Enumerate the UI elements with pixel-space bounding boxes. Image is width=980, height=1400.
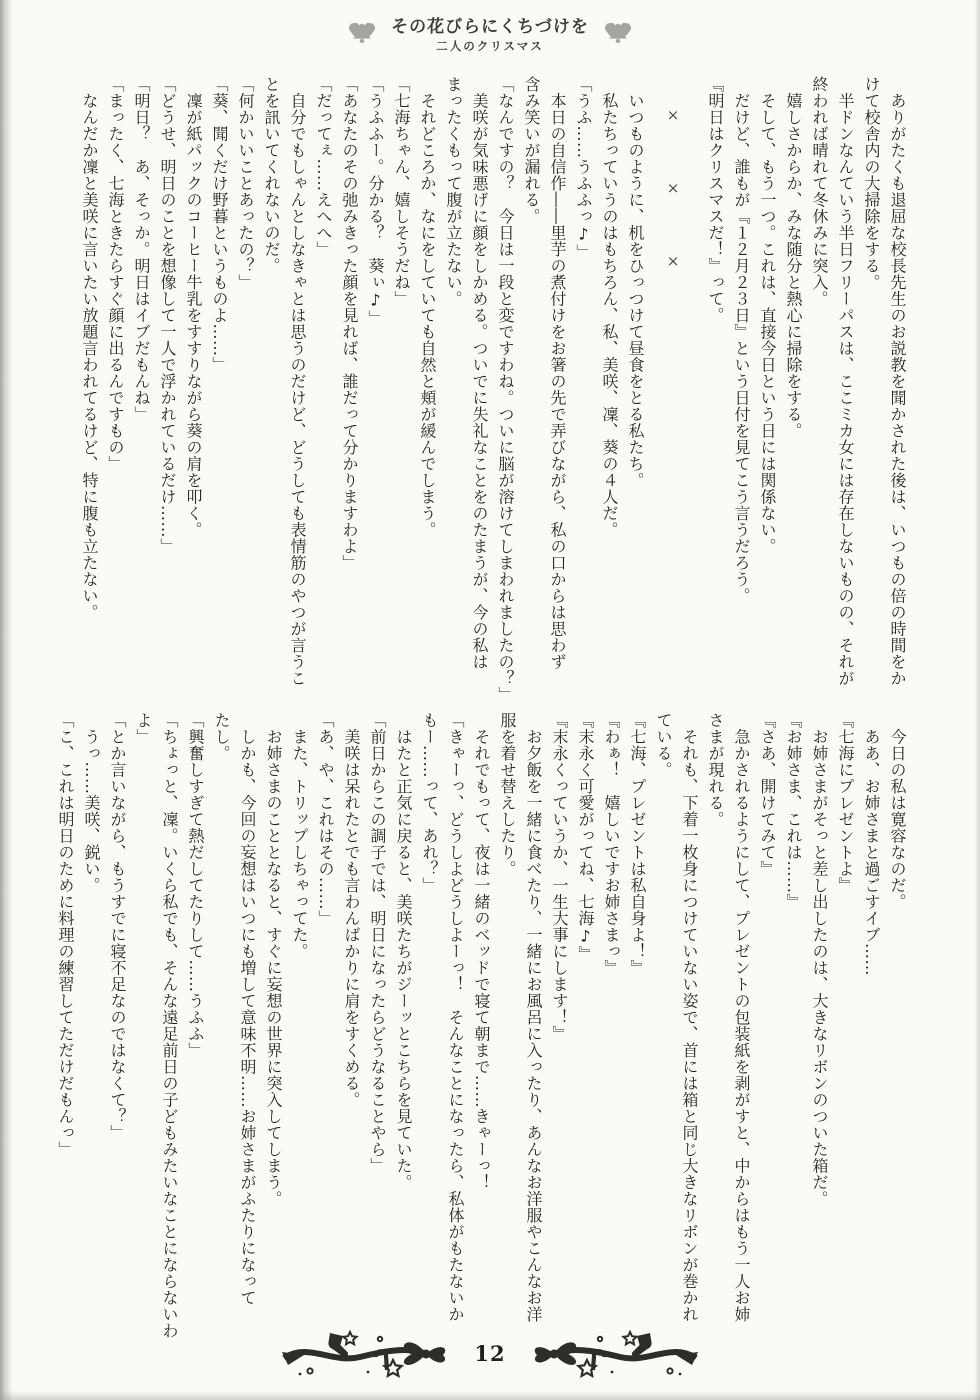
text-column: ああ、お姉さまと過ごすイブ……	[858, 712, 884, 1354]
title-block: その花びらにくちづけを 二人のクリスマス	[391, 12, 589, 54]
text-column: 『七海、プレゼントは私自身よ！』	[624, 712, 650, 1354]
text-column: お夕飯を一緒に食べたり、一緒にお風呂に入ったり、あんなお洋服やこんなお洋	[520, 712, 546, 1354]
text-column: 『末永くっていうか、一生大事にします！』	[546, 712, 572, 1354]
text-column: 嬉しさからか、みな随分と熱心に掃除をする。	[780, 76, 806, 708]
text-column: 『お姉さま、これは……』	[780, 712, 806, 1354]
text-column: それどころか、なにをしていても自然と頬が緩んでしまう。	[414, 76, 440, 708]
text-column: 「ちょっと、凜。いくら私でも、そんな遠足前日の子どもみたいなことにならないわ	[156, 712, 182, 1354]
text-column: 『末永く可愛がってね、七海♪』	[572, 712, 598, 1354]
text-column: 「うふふー。分かる？ 葵ぃ♪」	[362, 76, 388, 708]
text-column: 「だってぇ……えへへ」	[310, 76, 336, 708]
text-column: とを訊いてくれないのだ。	[258, 76, 284, 708]
text-column: 凜が紙パックのコーヒー牛乳をすすりながら葵の肩を叩く。	[180, 76, 206, 708]
text-column: 美咲が気味悪げに顔をしかめる。ついでに失礼なことをのたまうが、今の私は	[466, 76, 492, 708]
text-column: 「とか言いながら、もうすでに寝不足なのではなくて？」	[104, 712, 130, 1354]
text-column: 「葵、聞くだけ野暮というものよ……」	[206, 76, 232, 708]
text-column: 「あなたのその弛みきった顔を見れば、誰だって分かりますわよ」	[336, 76, 362, 708]
paragraphs-cleaning: ありがたくも退屈な校長先生のお説教を聞かされた後は、いつもの倍の時間をかけて校舎…	[702, 76, 910, 708]
scan-edge-right	[974, 0, 980, 1400]
text-column: まったくもって腹が立たない。	[440, 76, 466, 708]
text-column: 自分でもしゃんとしなきゃとは思うのだけど、どうしても表情筋のやつが言うこ	[284, 76, 310, 708]
text-column: けて校舎内の大掃除をする。	[858, 76, 884, 708]
text-column: さまが現れる。	[702, 712, 728, 1354]
story-section-daydream: 今日の私は寛容なのだ。 ああ、お姉さまと過ごすイブ……『七海にプレゼントよ』 お…	[52, 712, 910, 1354]
page-footer: 12	[0, 1328, 980, 1378]
text-column: また、トリップしちゃってた。	[286, 712, 312, 1354]
story-section-school: ありがたくも退屈な校長先生のお説教を聞かされた後は、いつもの倍の時間をかけて校舎…	[76, 76, 910, 708]
text-column: しかも、今回の妄想はいつにも増して意味不明……お姉さまがふたりになって	[234, 712, 260, 1354]
text-column: それでもって、夜は一緒のベッドで寝て朝まで……きゃーっ！	[468, 712, 494, 1354]
scanned-book-page: その花びらにくちづけを 二人のクリスマス ありがたくも退屈な校長先生のお説教を聞…	[0, 0, 980, 1400]
text-column: 『わぁ！ 嬉しいですお姉さまっ』	[598, 712, 624, 1354]
ribbon-garland-right-icon	[520, 1328, 700, 1378]
text-column: なんだか凜と美咲に言いたい放題言われてるけど、特に腹も立たない。	[76, 76, 102, 708]
text-column: 今日の私は寛容なのだ。	[884, 712, 910, 1354]
text-column: 私たちっていうのはもちろん、私、美咲、凜、葵の４人だ。	[596, 76, 622, 708]
scan-edge-bottom	[0, 1391, 980, 1400]
text-column: いつものように、机をひっつけて昼食をとる私たち。	[622, 76, 648, 708]
paragraphs-daydream: 今日の私は寛容なのだ。 ああ、お姉さまと過ごすイブ……『七海にプレゼントよ』 お…	[52, 712, 910, 1354]
bell-ornament-right-icon	[601, 19, 635, 47]
page-number: 12	[474, 1341, 505, 1366]
text-column: 『七海にプレゼントよ』	[832, 712, 858, 1354]
text-column: そして、もう一つ。これは、直接今日という日には関係ない。	[754, 76, 780, 708]
text-column: お姉さまのこととなると、すぐに妄想の世界に突入してしまう。	[260, 712, 286, 1354]
text-column: 「興奮しすぎて熱だしてたりして……うふふ」	[182, 712, 208, 1354]
text-column: もー……って、あれ？」	[416, 712, 442, 1354]
page-header: その花びらにくちづけを 二人のクリスマス	[0, 12, 980, 54]
text-column: ている。	[650, 712, 676, 1354]
text-column: 「うふ……うふふっ♪」	[570, 76, 596, 708]
series-title: その花びらにくちづけを	[391, 12, 589, 37]
text-column: たし。	[208, 712, 234, 1354]
text-column: 「まったく、七海ときたらすぐ顔に出るんですもの」	[102, 76, 128, 708]
text-column: 「何かいいことあったの？」	[232, 76, 258, 708]
text-column: 「きゃーっ、どうしよどうしよーっ！ そんなことになったら、私体がもたないか	[442, 712, 468, 1354]
text-column: 「なんですの？ 今日は一段と変ですわね。ついに脳が溶けてしまわれましたの？」	[492, 76, 518, 708]
text-column: よ」	[130, 712, 156, 1354]
text-column: 「前日からこの調子では、明日になったらどうなることやら」	[364, 712, 390, 1354]
text-column: うっ……美咲、鋭い。	[78, 712, 104, 1354]
text-column: お姉さまがそっと差し出したのは、大きなリボンのついた箱だ。	[806, 712, 832, 1354]
scene-divider: × × ×	[660, 76, 686, 708]
text-column: 『明日はクリスマスだ！』って。	[702, 76, 728, 708]
text-column: 「こ、これは明日のために料理の練習してただけだもんっ」	[52, 712, 78, 1354]
text-column: 「明日？ あ、そっか。明日はイブだもんね」	[128, 76, 154, 708]
text-column: ありがたくも退屈な校長先生のお説教を聞かされた後は、いつもの倍の時間をか	[884, 76, 910, 708]
text-column: 半ドンなんていう半日フリーパスは、ここミカ女には存在しないものの、それが	[832, 76, 858, 708]
text-column: はたと正気に戻ると、美咲たちがジーッとこちらを見ていた。	[390, 712, 416, 1354]
paragraphs-lunch: いつものように、机をひっつけて昼食をとる私たち。 私たちっていうのはもちろん、私…	[76, 76, 648, 708]
text-column: 美咲は呆れたとでも言わんばかりに肩をすくめる。	[338, 712, 364, 1354]
bell-ornament-left-icon	[345, 19, 379, 47]
text-column: 「どうせ、明日のことを想像して一人で浮かれているだけ……」	[154, 76, 180, 708]
episode-subtitle: 二人のクリスマス	[391, 38, 589, 54]
scan-edge-left	[0, 0, 13, 1400]
text-column: 「七海ちゃん、嬉しそうだね」	[388, 76, 414, 708]
text-column: 服を着せ替えしたり。	[494, 712, 520, 1354]
ribbon-garland-left-icon	[280, 1328, 460, 1378]
text-column: 含み笑いが漏れる。	[518, 76, 544, 708]
text-column: だけど、誰もが『１２月２３日』という日付を見てこう言うだろう。	[728, 76, 754, 708]
text-column: 『さあ、開けてみて』	[754, 712, 780, 1354]
text-column: 「あ、や、これはその……」	[312, 712, 338, 1354]
text-column: 本日の自信作――里芋の煮付けをお箸の先で弄びながら、私の口からは思わず	[544, 76, 570, 708]
text-column: それも、下着一枚身につけていない姿で、首には箱と同じ大きなリボンが巻かれ	[676, 712, 702, 1354]
text-column: 終われば晴れて冬休みに突入。	[806, 76, 832, 708]
text-column: 急かされるようにして、プレゼントの包装紙を剥がすと、中からはもう一人お姉	[728, 712, 754, 1354]
